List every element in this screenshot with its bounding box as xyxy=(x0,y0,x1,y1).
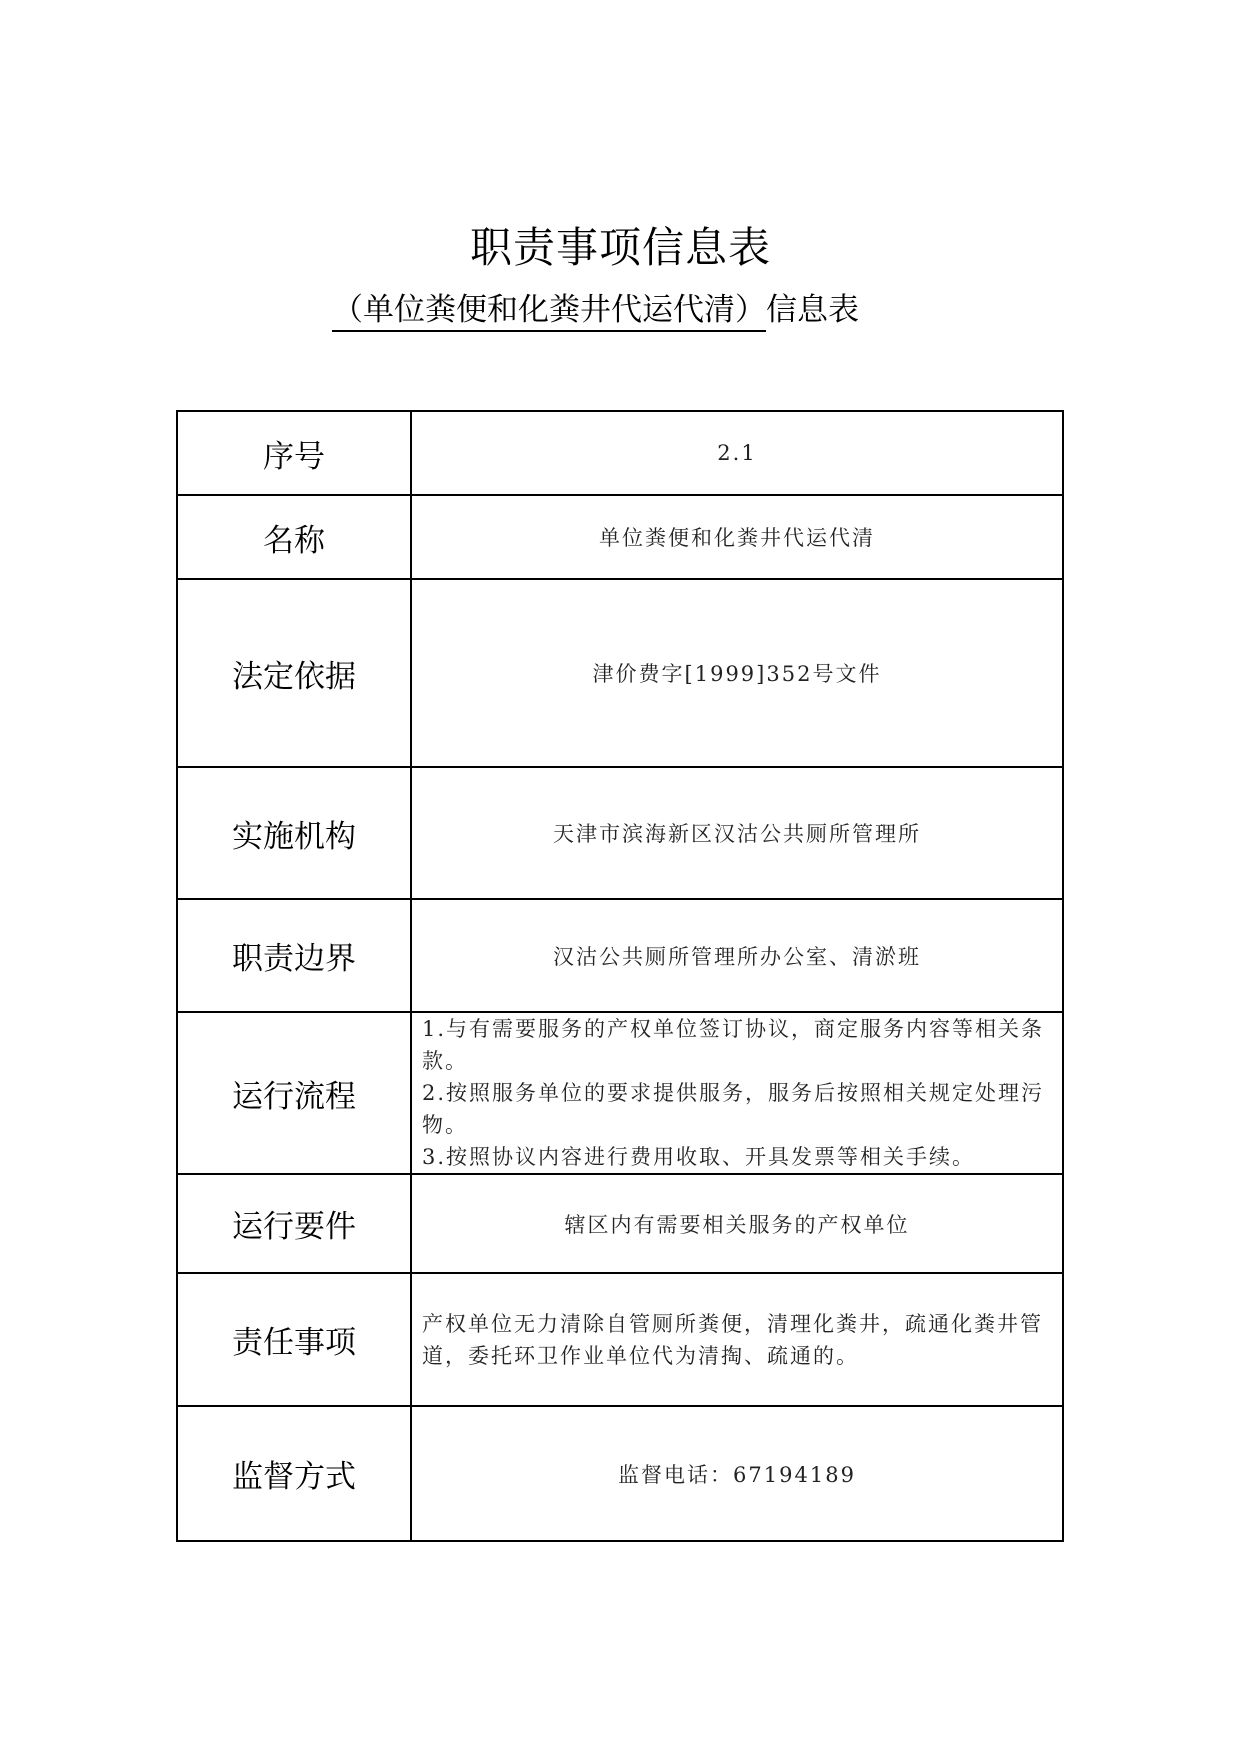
table-row-responsibility: 责任事项 产权单位无力清除自管厕所粪便，清理化粪井，疏通化粪井管道，委托环卫作业… xyxy=(177,1273,1063,1406)
subtitle-suffix: 信息表 xyxy=(766,292,859,328)
table-row-process: 运行流程 1.与有需要服务的产权单位签订协议，商定服务内容等相关条款。 2.按照… xyxy=(177,1012,1063,1174)
page-subtitle: （单位粪便和化粪井代运代清）信息表 xyxy=(332,288,859,332)
row-label: 责任事项 xyxy=(177,1273,411,1406)
table-row-name: 名称 单位粪便和化粪井代运代清 xyxy=(177,495,1063,579)
row-label: 实施机构 xyxy=(177,767,411,899)
row-value: 产权单位无力清除自管厕所粪便，清理化粪井，疏通化粪井管道，委托环卫作业单位代为清… xyxy=(411,1273,1063,1406)
row-label: 职责边界 xyxy=(177,899,411,1012)
row-value: 2.1 xyxy=(411,411,1063,495)
row-label: 监督方式 xyxy=(177,1406,411,1541)
row-value: 汉沽公共厕所管理所办公室、清淤班 xyxy=(411,899,1063,1012)
row-value-process: 1.与有需要服务的产权单位签订协议，商定服务内容等相关条款。 2.按照服务单位的… xyxy=(411,1012,1063,1174)
process-step: 1.与有需要服务的产权单位签订协议，商定服务内容等相关条款。 xyxy=(422,1013,1048,1077)
process-step: 3.按照协议内容进行费用收取、开具发票等相关手续。 xyxy=(422,1141,1048,1173)
table-row-supervision: 监督方式 监督电话：67194189 xyxy=(177,1406,1063,1541)
table-row-boundary: 职责边界 汉沽公共厕所管理所办公室、清淤班 xyxy=(177,899,1063,1012)
table-row-agency: 实施机构 天津市滨海新区汉沽公共厕所管理所 xyxy=(177,767,1063,899)
page-title: 职责事项信息表 xyxy=(0,218,1241,278)
row-label: 名称 xyxy=(177,495,411,579)
table-row-requirements: 运行要件 辖区内有需要相关服务的产权单位 xyxy=(177,1174,1063,1273)
row-label: 序号 xyxy=(177,411,411,495)
row-value: 单位粪便和化粪井代运代清 xyxy=(411,495,1063,579)
subtitle-item-name: （单位粪便和化粪井代运代清） xyxy=(332,290,766,332)
row-value: 天津市滨海新区汉沽公共厕所管理所 xyxy=(411,767,1063,899)
row-label: 法定依据 xyxy=(177,579,411,767)
row-value: 监督电话：67194189 xyxy=(411,1406,1063,1541)
row-value: 津价费字[1999]352号文件 xyxy=(411,579,1063,767)
row-label: 运行要件 xyxy=(177,1174,411,1273)
info-table: 序号 2.1 名称 单位粪便和化粪井代运代清 法定依据 津价费字[1999]35… xyxy=(176,410,1064,1542)
table-row-serial: 序号 2.1 xyxy=(177,411,1063,495)
row-label: 运行流程 xyxy=(177,1012,411,1174)
row-value: 辖区内有需要相关服务的产权单位 xyxy=(411,1174,1063,1273)
table-row-legal-basis: 法定依据 津价费字[1999]352号文件 xyxy=(177,579,1063,767)
process-step: 2.按照服务单位的要求提供服务，服务后按照相关规定处理污物。 xyxy=(422,1077,1048,1141)
